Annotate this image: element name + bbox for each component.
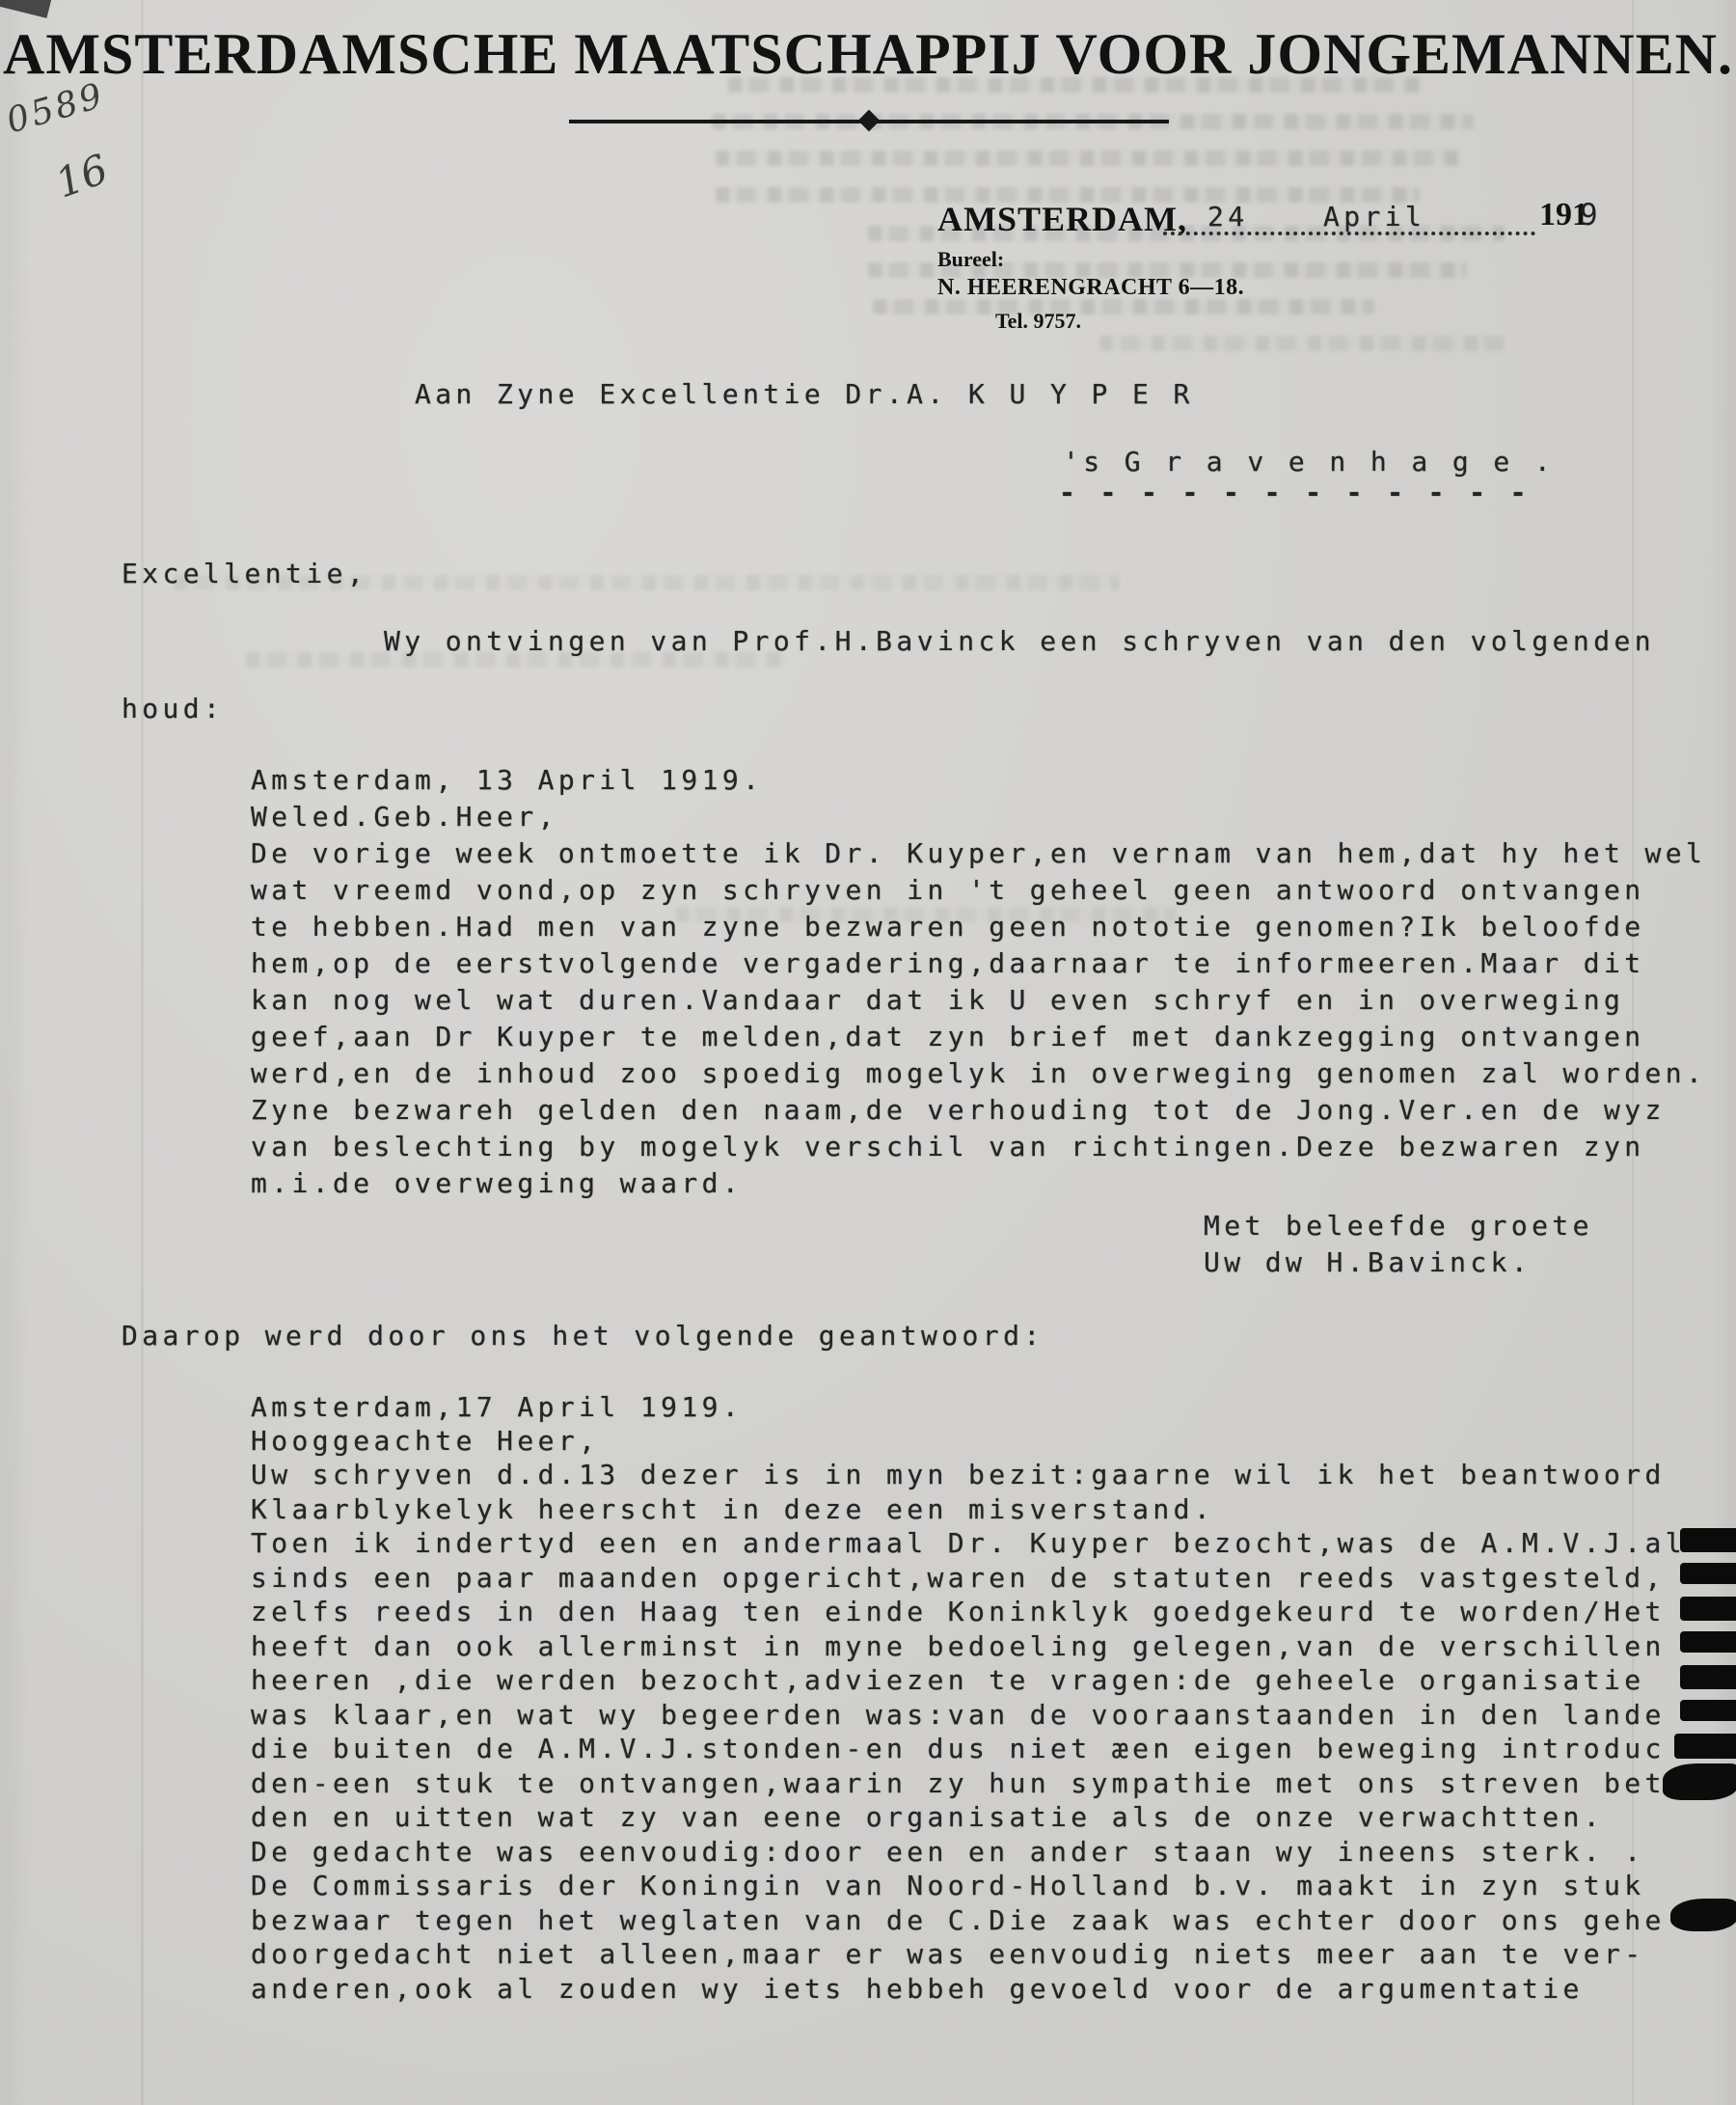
quoted-letter2-salutation: Hooggeachte Heer, [251, 1423, 599, 1460]
letter-line: De Commissaris der Koningin van Noord-Ho… [251, 1869, 1686, 1903]
ink-bar-artifact [1674, 1734, 1736, 1759]
letter-line: den en uitten wat zy van eene organisati… [251, 1800, 1686, 1835]
letter-line: den-een stuk te ontvangen,waarin zy hun … [251, 1766, 1686, 1801]
letter-line: De vorige week ontmoette ik Dr. Kuyper,e… [251, 835, 1706, 872]
letter-line: Toen ik indertyd een en andermaal Dr. Ku… [251, 1526, 1686, 1561]
letter-line: hem,op de eerstvolgende vergadering,daar… [251, 945, 1706, 982]
quoted-letter1-signature: Uw dw H.Bavinck. [1204, 1244, 1532, 1281]
ink-bar-artifact [1680, 1631, 1736, 1653]
letter-line: zelfs reeds in den Haag ten einde Konink… [251, 1595, 1686, 1629]
ink-blob-artifact [1670, 1899, 1736, 1931]
letter-line: heeft dan ook allerminst in myne bedoeli… [251, 1629, 1686, 1664]
letter-line: werd,en de inhoud zoo spoedig mogelyk in… [251, 1055, 1706, 1092]
ink-bar-artifact [1680, 1528, 1736, 1552]
quoted-letter2-body: Uw schryven d.d.13 dezer is in myn bezit… [251, 1458, 1686, 2006]
ink-bar-artifact [1680, 1597, 1736, 1621]
letter-line: die buiten de A.M.V.J.stonden-en dus nie… [251, 1732, 1686, 1766]
quoted-letter1-closing: Met beleefde groete [1204, 1208, 1593, 1244]
quoted-letter1-body: De vorige week ontmoette ik Dr. Kuyper,e… [251, 835, 1706, 1202]
recipient-underline-dashes: - - - - - - - - - - - - [1059, 475, 1531, 511]
letter-line: m.i.de overweging waard. [251, 1165, 1706, 1202]
letter-line: sinds een paar maanden opgericht,waren d… [251, 1561, 1686, 1596]
letterhead-phone: Tel. 9757. [995, 309, 1081, 334]
letterhead-title: AMSTERDAMSCHE MAATSCHAPPIJ VOOR JONGEMAN… [0, 21, 1736, 88]
letterhead-city: AMSTERDAM, [937, 199, 1187, 239]
bleedthrough-artifact [716, 150, 1458, 166]
bureau-label: Bureel: [937, 247, 1004, 272]
letter-line: was klaar,en wat wy begeerden was:van de… [251, 1698, 1686, 1733]
salutation: Excellentie, [122, 556, 367, 592]
paper-crease [141, 0, 144, 2105]
transition-line: Daarop werd door ons het volgende geantw… [122, 1318, 1044, 1354]
year-typed-digit: 9 [1580, 198, 1598, 232]
recipient-line: Aan Zyne Excellentie Dr.A. K U Y P E R [415, 376, 1194, 413]
bleedthrough-artifact [873, 299, 1374, 314]
letter-line: Uw schryven d.d.13 dezer is in myn bezit… [251, 1458, 1686, 1492]
ink-bar-artifact [1680, 1665, 1736, 1689]
corner-ink-mark [0, 0, 52, 18]
typed-date-month: April [1323, 199, 1425, 235]
letterhead-address: N. HEERENGRACHT 6—18. [937, 275, 1244, 301]
letter-line: Zyne bezwareh gelden den naam,de verhoud… [251, 1092, 1706, 1129]
letter-line: van beslechting by mogelyk verschil van … [251, 1129, 1706, 1165]
bleedthrough-artifact [1099, 336, 1505, 351]
intro-line: Wy ontvingen van Prof.H.Bavinck een schr… [384, 623, 1655, 660]
letter-line: Klaarblykelyk heerscht in deze een misve… [251, 1492, 1686, 1527]
handwritten-initials: 16 [49, 145, 114, 206]
letter-line: De gedachte was eenvoudig:door een en an… [251, 1835, 1686, 1870]
letter-line: doorgedacht niet alleen,maar er was eenv… [251, 1937, 1686, 1972]
typed-date-day: 24 [1207, 199, 1249, 235]
letter-line: wat vreemd vond,op zyn schryven in 't ge… [251, 872, 1706, 909]
letter-line: bezwaar tegen het weglaten van de C.Die … [251, 1903, 1686, 1938]
scanned-letter-page: 0589 16 AMSTERDAMSCHE MAATSCHAPPIJ VOOR … [0, 0, 1736, 2105]
letterhead-year: 1919 [1539, 197, 1598, 233]
ink-bar-artifact [1680, 1700, 1736, 1721]
letter-line: anderen,ook al zouden wy iets hebbeh gev… [251, 1972, 1686, 2007]
quoted-letter1-salutation: Weled.Geb.Heer, [251, 799, 558, 835]
quoted-letter1-date: Amsterdam, 13 April 1919. [251, 762, 763, 799]
letter-line: kan nog wel wat duren.Vandaar dat ik U e… [251, 982, 1706, 1019]
letter-line: te hebben.Had men van zyne bezwaren geen… [251, 909, 1706, 945]
quoted-letter2-date: Amsterdam,17 April 1919. [251, 1389, 743, 1426]
intro-line-continued: houd: [122, 691, 224, 727]
letter-line: geef,aan Dr Kuyper te melden,dat zyn bri… [251, 1019, 1706, 1055]
ink-bar-artifact [1680, 1563, 1736, 1584]
ink-blob-artifact [1663, 1763, 1736, 1800]
letter-line: heeren ,die werden bezocht,adviezen te v… [251, 1663, 1686, 1698]
